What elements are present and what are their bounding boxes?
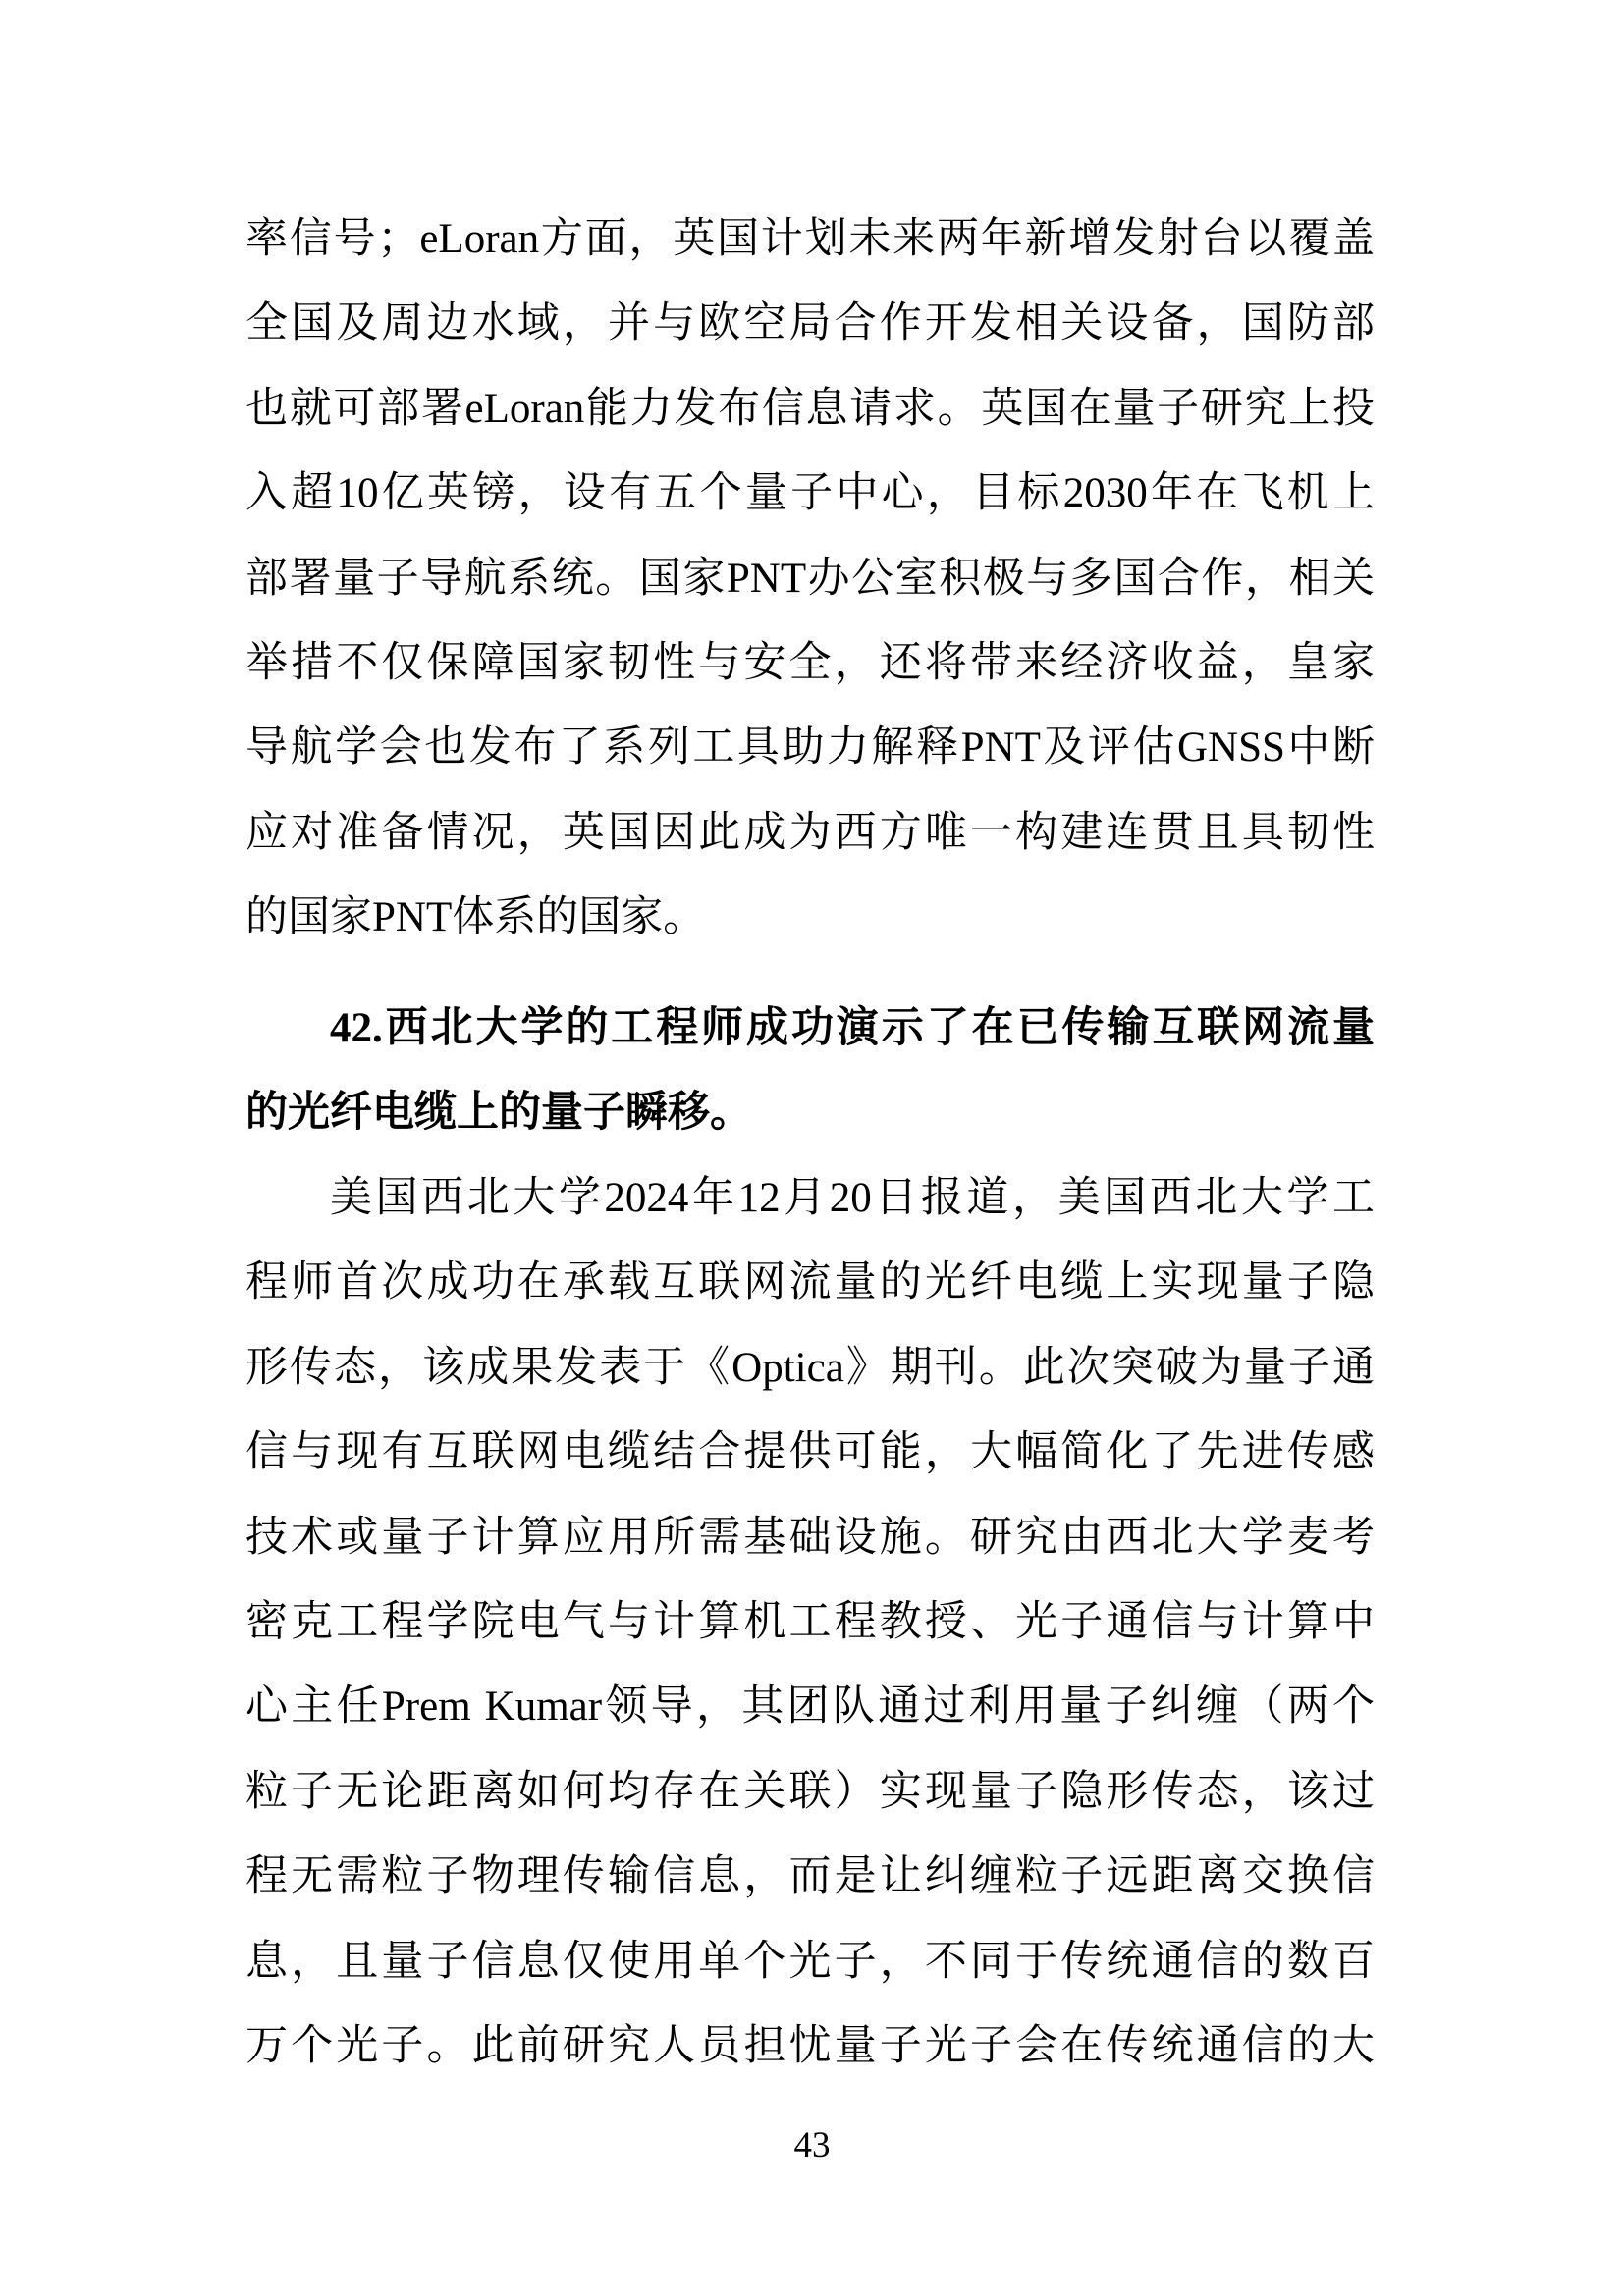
section-heading-42: 42.西北大学的工程师成功演示了在已传输互联网流量的光纤电缆上的量子瞬移。	[245, 987, 1375, 1156]
text-line: 美国西北大学2024年12月20日报道，美国西北大学工	[245, 1156, 1375, 1241]
text-line: 信与现有互联网电缆结合提供可能，大幅简化了先进传感	[245, 1411, 1375, 1495]
text-line: 息，且量子信息仅使用单个光子，不同于传统通信的数百	[245, 1920, 1375, 2004]
text-line: 应对准备情况，英国因此成为西方唯一构建连贯且具韧性	[245, 791, 1375, 876]
document-page: 率信号；eLoran方面，英国计划未来两年新增发射台以覆盖全国及周边水域，并与欧…	[0, 0, 1624, 2296]
text-line: 的国家PNT体系的国家。	[245, 876, 1375, 960]
text-line: 心主任Prem Kumar领导，其团队通过利用量子纠缠（两个	[245, 1665, 1375, 1749]
paragraph-continued: 率信号；eLoran方面，英国计划未来两年新增发射台以覆盖全国及周边水域，并与欧…	[245, 197, 1375, 961]
text-line: 万个光子。此前研究人员担忧量子光子会在传统通信的大	[245, 2004, 1375, 2089]
page-number: 43	[0, 2124, 1624, 2166]
text-line: 技术或量子计算应用所需基础设施。研究由西北大学麦考	[245, 1496, 1375, 1580]
text-line: 密克工程学院电气与计算机工程教授、光子通信与计算中	[245, 1580, 1375, 1665]
text-line: 42.西北大学的工程师成功演示了在已传输互联网流量	[245, 987, 1375, 1071]
text-line: 导航学会也发布了系列工具助力解释PNT及评估GNSS中断	[245, 706, 1375, 790]
text-line: 率信号；eLoran方面，英国计划未来两年新增发射台以覆盖	[245, 197, 1375, 282]
text-line: 程师首次成功在承载互联网流量的光纤电缆上实现量子隐	[245, 1241, 1375, 1325]
text-line: 部署量子导航系统。国家PNT办公室积极与多国合作，相关	[245, 537, 1375, 621]
text-line: 的光纤电缆上的量子瞬移。	[245, 1071, 1375, 1155]
text-line: 程无需粒子物理传输信息，而是让纠缠粒子远距离交换信	[245, 1835, 1375, 1919]
text-line: 全国及周边水域，并与欧空局合作开发相关设备，国防部	[245, 282, 1375, 366]
paragraph-body: 美国西北大学2024年12月20日报道，美国西北大学工程师首次成功在承载互联网流…	[245, 1156, 1375, 2089]
text-line: 粒子无论距离如何均存在关联）实现量子隐形传态，该过	[245, 1750, 1375, 1835]
text-line: 举措不仅保障国家韧性与安全，还将带来经济收益，皇家	[245, 621, 1375, 706]
text-line: 也就可部署eLoran能力发布信息请求。英国在量子研究上投	[245, 367, 1375, 452]
text-line: 入超10亿英镑，设有五个量子中心，目标2030年在飞机上	[245, 452, 1375, 536]
text-line: 形传态，该成果发表于《Optica》期刊。此次突破为量子通	[245, 1326, 1375, 1411]
